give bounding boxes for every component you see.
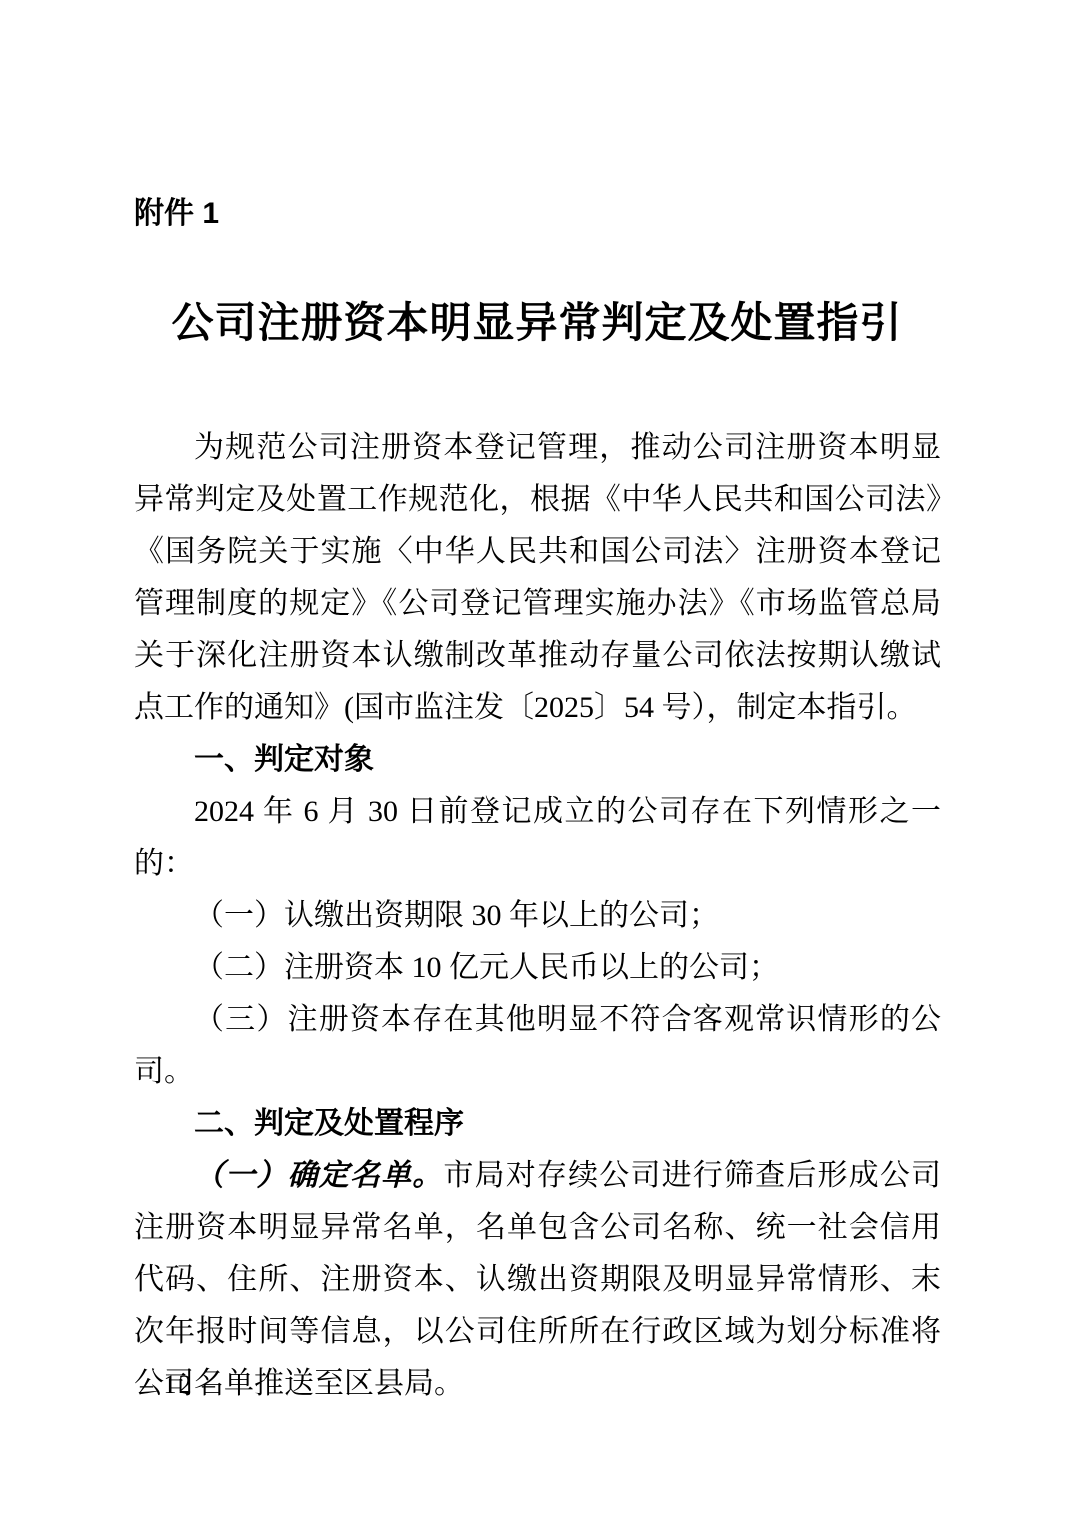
section1-intro: 2024 年 6 月 30 日前登记成立的公司存在下列情形之一的：	[134, 786, 941, 890]
section1-item-2: （二）注册资本 10 亿元人民币以上的公司；	[134, 942, 941, 994]
intro-paragraph: 为规范公司注册资本登记管理，推动公司注册资本明显异常判定及处置工作规范化，根据《…	[134, 422, 941, 734]
attachment-label: 附件 1	[134, 196, 219, 232]
section2-item-1: （一）确定名单。市局对存续公司进行筛查后形成公司注册资本明显异常名单，名单包含公…	[134, 1150, 941, 1410]
section1-item-3: （三）注册资本存在其他明显不符合客观常识情形的公司。	[134, 994, 941, 1098]
document-page: 附件 1 公司注册资本明显异常判定及处置指引 为规范公司注册资本登记管理，推动公…	[0, 0, 1074, 1520]
section1-heading: 一、判定对象	[134, 734, 941, 786]
section2-item-1-text: 市局对存续公司进行筛查后形成公司注册资本明显异常名单，名单包含公司名称、统一社会…	[134, 1159, 941, 1400]
page-number: – 12 –	[140, 1370, 217, 1400]
section2-item-1-lead: （一）确定名单。	[194, 1159, 443, 1192]
document-body: 为规范公司注册资本登记管理，推动公司注册资本明显异常判定及处置工作规范化，根据《…	[134, 422, 941, 1410]
section2-heading: 二、判定及处置程序	[134, 1098, 941, 1150]
page-title: 公司注册资本明显异常判定及处置指引	[0, 298, 1074, 350]
section1-item-1: （一）认缴出资期限 30 年以上的公司；	[134, 890, 941, 942]
